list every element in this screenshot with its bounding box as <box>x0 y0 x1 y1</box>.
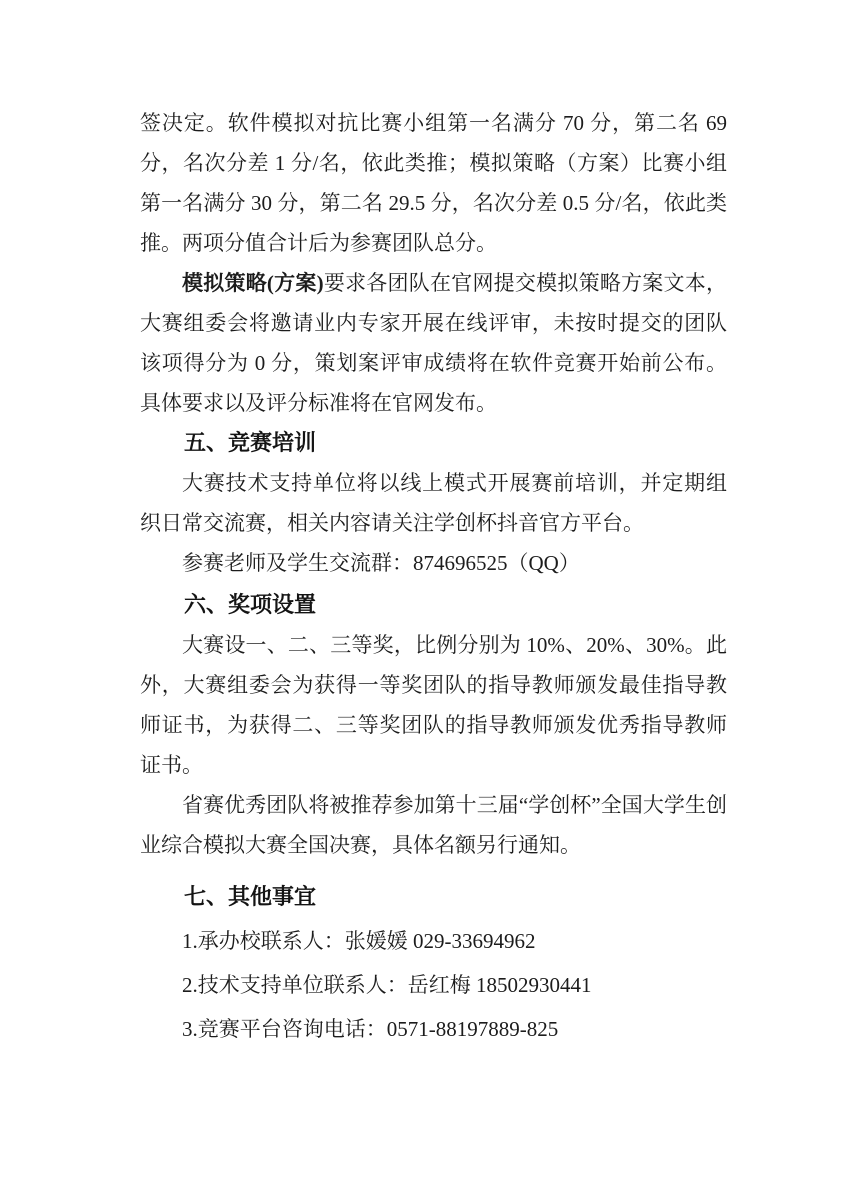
paragraph-scoring-rules: 签决定。软件模拟对抗比赛小组第一名满分 70 分，第二名 69 分，名次分差 1… <box>140 103 727 263</box>
strategy-lead-bold-text: 模拟策略(方案) <box>182 271 324 295</box>
section-5-heading: 五、竞赛培训 <box>140 423 727 463</box>
contact-line-tech-support: 2.技术支持单位联系人：岳红梅 18502930441 <box>140 965 727 1005</box>
paragraph-qq-group: 参赛老师及学生交流群：874696525（QQ） <box>140 543 727 583</box>
section-7-heading: 七、其他事宜 <box>140 877 727 917</box>
document-page: 签决定。软件模拟对抗比赛小组第一名满分 70 分，第二名 69 分，名次分差 1… <box>0 0 848 1200</box>
paragraph-national-final: 省赛优秀团队将被推荐参加第十三届“学创杯”全国大学生创业综合模拟大赛全国决赛，具… <box>140 785 727 865</box>
paragraph-training: 大赛技术支持单位将以线上模式开展赛前培训，并定期组织日常交流赛，相关内容请关注学… <box>140 463 727 543</box>
section-6-heading: 六、奖项设置 <box>140 585 727 625</box>
contact-line-platform-phone: 3.竞赛平台咨询电话：0571-88197889-825 <box>140 1009 727 1049</box>
contact-line-host-school: 1.承办校联系人：张媛媛 029-33694962 <box>140 921 727 961</box>
document-body: 签决定。软件模拟对抗比赛小组第一名满分 70 分，第二名 69 分，名次分差 1… <box>140 103 727 1049</box>
paragraph-strategy-review: 模拟策略(方案)要求各团队在官网提交模拟策略方案文本，大赛组委会将邀请业内专家开… <box>140 263 727 423</box>
paragraph-awards: 大赛设一、二、三等奖，比例分别为 10%、20%、30%。此外，大赛组委会为获得… <box>140 625 727 785</box>
